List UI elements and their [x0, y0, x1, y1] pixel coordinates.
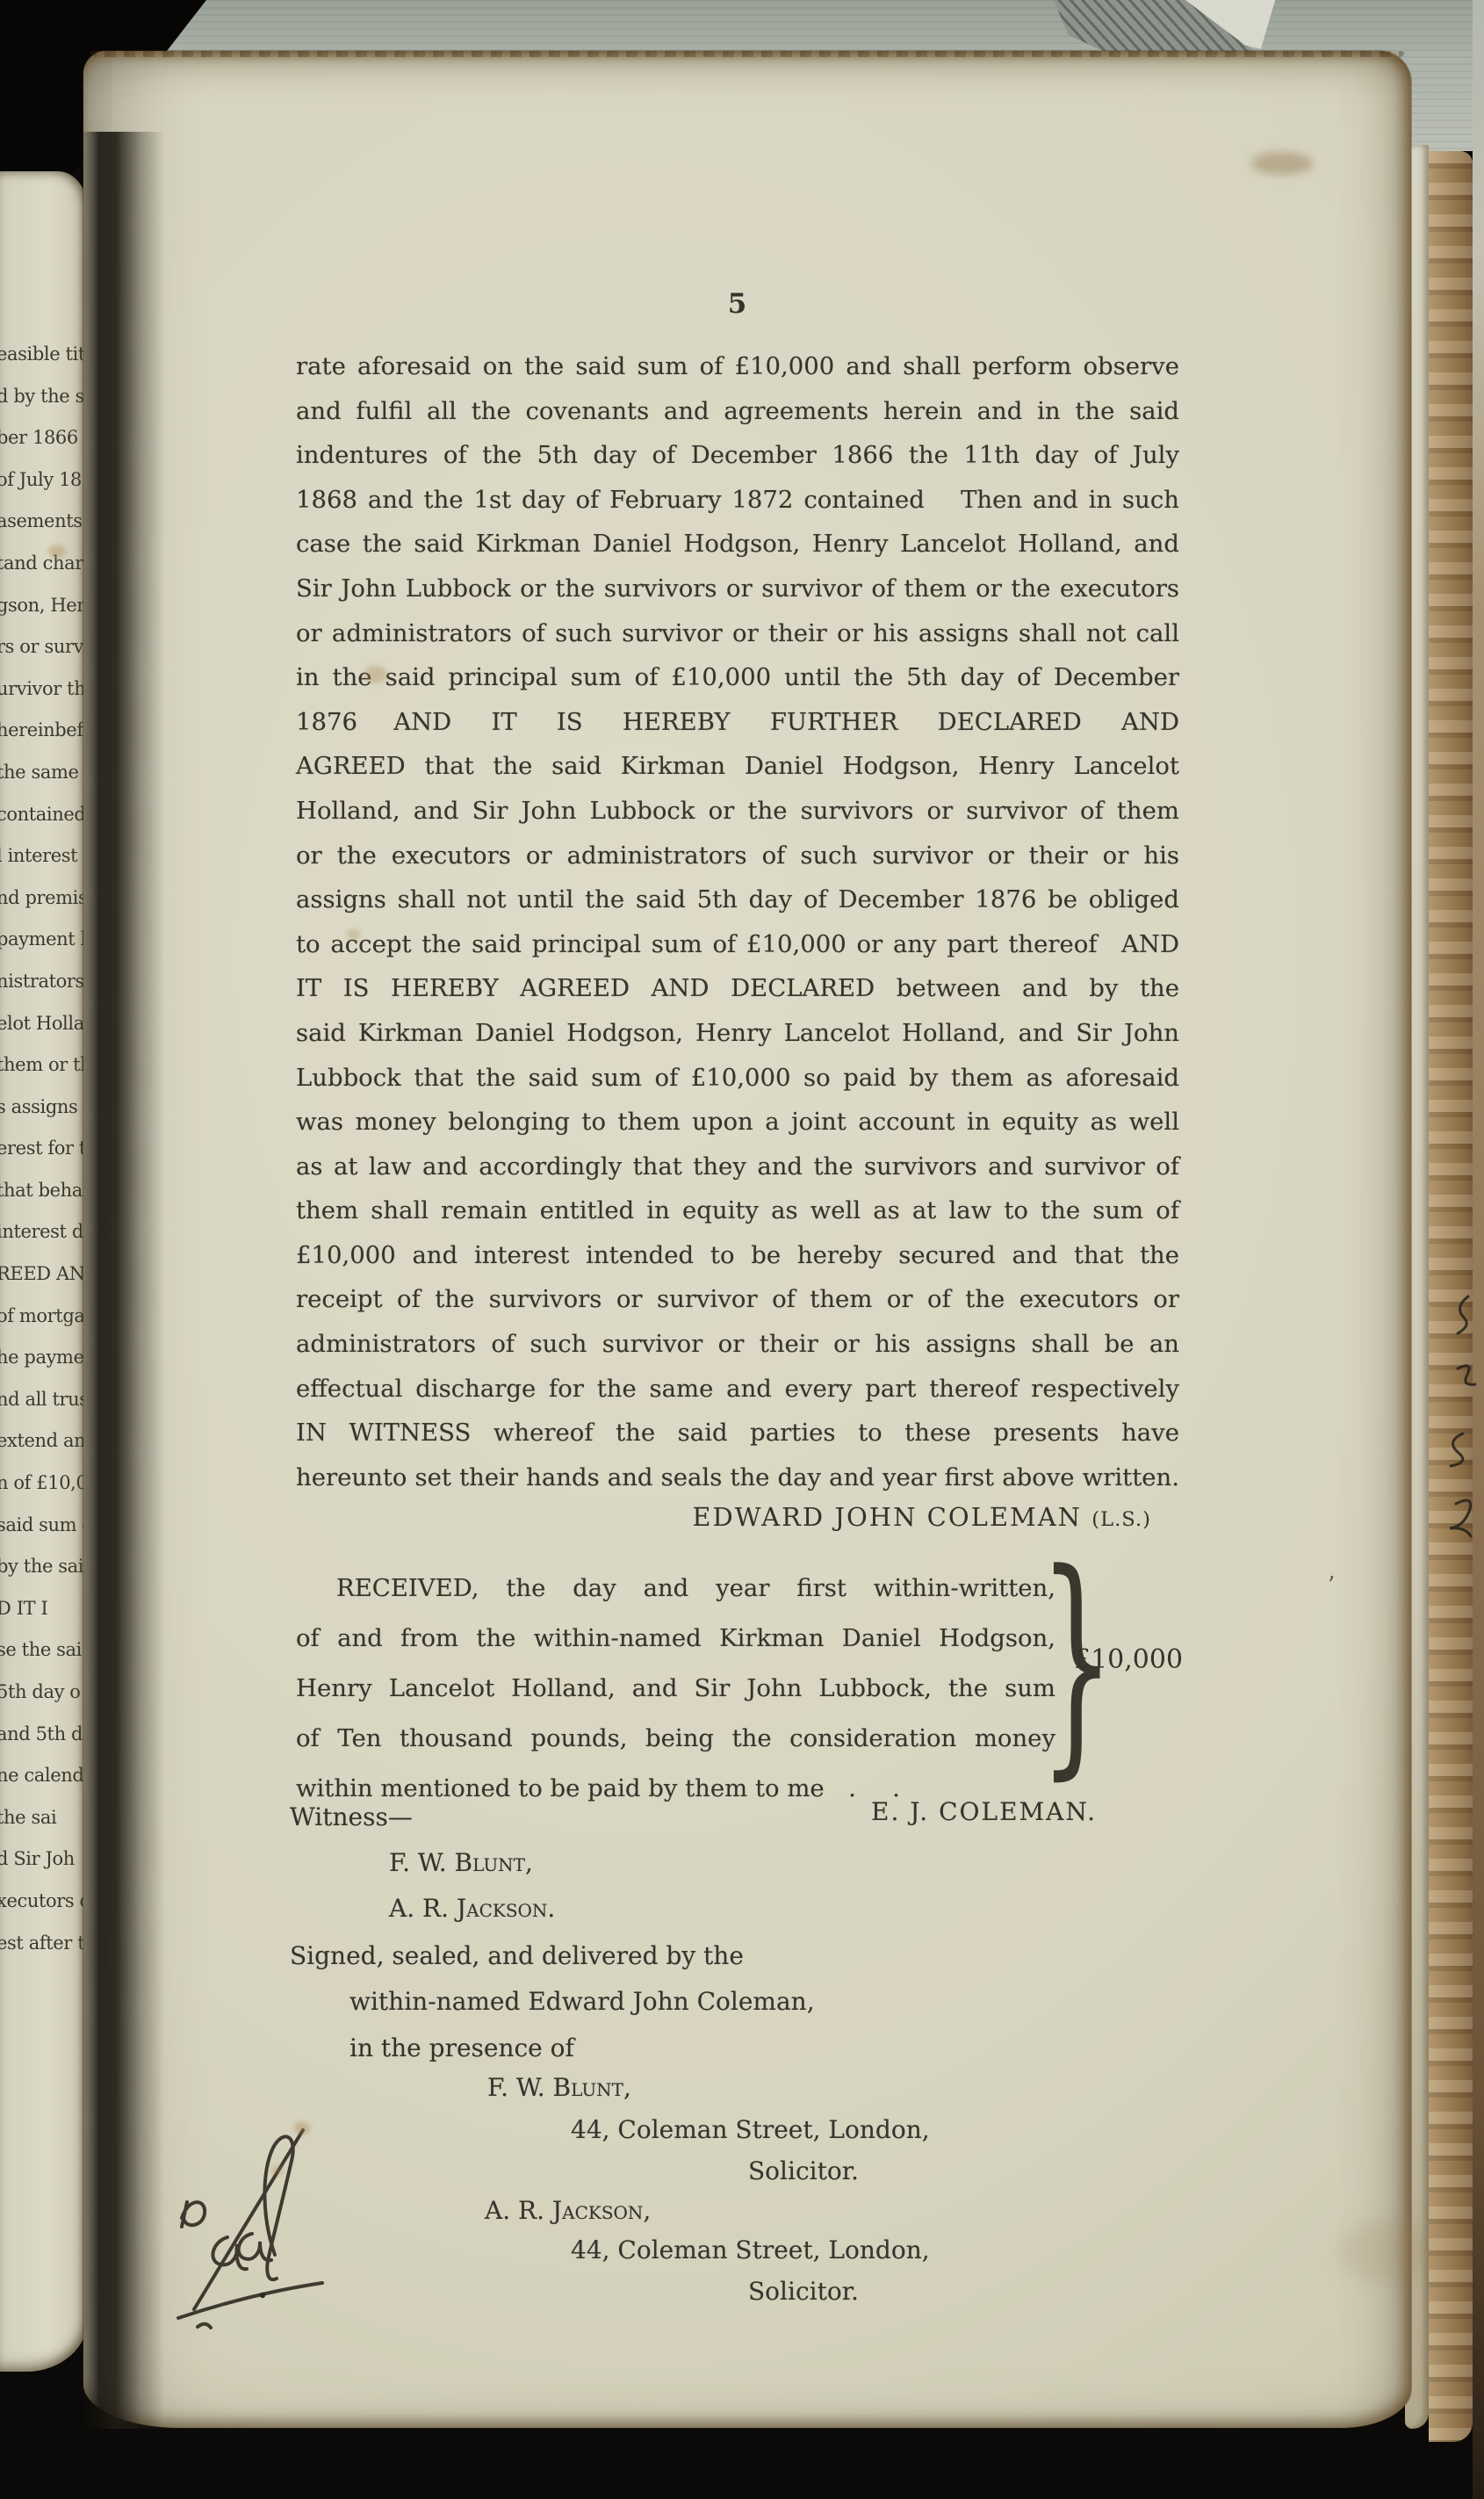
attestation-line-3: in the presence of	[349, 2033, 574, 2062]
deed-body-line: receipt of the survivors or survivor of …	[296, 1277, 1179, 1322]
receipt-line: RECEIVED, the day and year first within-…	[296, 1564, 1055, 1614]
facing-page-line: said sum o	[0, 1505, 95, 1547]
facing-page-line: D IT I	[0, 1588, 95, 1630]
facing-page-line: he paymen	[0, 1337, 95, 1379]
receipt-line: Henry Lancelot Holland, and Sir John Lub…	[296, 1664, 1055, 1714]
attesting-witness-1-role: Solicitor.	[748, 2156, 859, 2185]
deed-body-line: hereunto set their hands and seals the d…	[296, 1455, 1179, 1500]
facing-page-line: rs or surviv	[0, 626, 95, 668]
facing-page-line: ne calenda	[0, 1755, 95, 1797]
receipt-amount: £10,000	[1074, 1644, 1183, 1675]
facing-page-line: s assigns	[0, 1087, 95, 1129]
receipt-brace: }	[1039, 1551, 1065, 1780]
witness-name-2: A. R. Jackson.	[389, 1894, 555, 1923]
receipt-line: of Ten thousand pounds, being the consid…	[296, 1714, 1055, 1764]
deed-body-line: indentures of the 5th day of December 18…	[296, 433, 1179, 478]
facing-page-line: the sai	[0, 1797, 95, 1839]
deed-body-text: rate aforesaid on the said sum of £10,00…	[296, 344, 1179, 1499]
facing-page-line: ber 1866 a	[0, 417, 95, 459]
facing-page-line: gson, Henr	[0, 585, 95, 627]
deed-body-line: was money belonging to them upon a joint…	[296, 1100, 1179, 1145]
deed-body-line: in the said principal sum of £10,000 unt…	[296, 655, 1179, 700]
witness-name-1: F. W. Blunt,	[389, 1848, 533, 1877]
attesting-witness-2-role: Solicitor.	[748, 2277, 859, 2306]
facing-page-line: that behal	[0, 1170, 95, 1212]
facing-page-line: by the sai	[0, 1546, 95, 1588]
facing-page-line: asements an	[0, 501, 95, 543]
deed-body-line: AGREED that the said Kirkman Daniel Hodg…	[296, 744, 1179, 789]
facing-page-line: urvivor the	[0, 668, 95, 711]
witness-label: Witness—	[290, 1802, 413, 1831]
deed-body-line: and fulfil all the covenants and agreeme…	[296, 389, 1179, 434]
stray-ink-tick: ’	[1328, 1572, 1335, 1599]
foxing-spot	[1251, 152, 1313, 175]
deed-body-line: case the said Kirkman Daniel Hodgson, He…	[296, 522, 1179, 567]
deed-body-line: Sir John Lubbock or the survivors or sur…	[296, 567, 1179, 611]
deed-body-line: 1876 AND IT IS HEREBY FURTHER DECLARED A…	[296, 700, 1179, 745]
facing-page-line: nd all trust	[0, 1379, 95, 1421]
facing-page-line: them or th	[0, 1044, 95, 1087]
handwritten-initials-mark	[171, 2121, 334, 2336]
signatory-name: EDWARD JOHN COLEMAN	[692, 1502, 1082, 1532]
facing-page-line: est after th	[0, 1923, 95, 1965]
facing-page-line: d Sir Joh	[0, 1838, 95, 1881]
page-number: 5	[296, 288, 1179, 320]
deed-body-line: or administrators of such survivor or th…	[296, 611, 1179, 656]
facing-page-line: n of £10,00	[0, 1463, 95, 1505]
facing-page-line: payment b	[0, 919, 95, 961]
deed-body-line: £10,000 and interest intended to be here…	[296, 1233, 1179, 1278]
facing-page-line: xecutors o	[0, 1881, 95, 1923]
page-top-edge	[90, 51, 1404, 57]
deed-body-line: administrators of such survivor or their…	[296, 1322, 1179, 1367]
facing-page-line: extend and	[0, 1420, 95, 1463]
deed-body-line: 1868 and the 1st day of February 1872 co…	[296, 478, 1179, 523]
facing-page-line: l interest t	[0, 835, 95, 878]
deed-body-line: assigns shall not until the said 5th day…	[296, 878, 1179, 922]
facing-page-line: easible title	[0, 334, 95, 376]
facing-page-line: contained	[0, 794, 95, 836]
attesting-witness-2-address: 44, Coleman Street, London,	[571, 2235, 930, 2264]
facing-page-line: of July 18	[0, 459, 95, 502]
deed-body-line: Lubbock that the said sum of £10,000 so …	[296, 1056, 1179, 1101]
facing-page-line: of mortgag	[0, 1296, 95, 1338]
facing-page-text: easible titled by the saber 1866 aof Jul…	[0, 334, 95, 1964]
facing-page-line: hereinbefo	[0, 710, 95, 752]
principal-signature: E. J. COLEMAN.	[871, 1797, 1097, 1826]
facing-page-line: nistrators	[0, 961, 95, 1003]
deed-body-line: rate aforesaid on the said sum of £10,00…	[296, 344, 1179, 389]
deed-body-line: IN WITNESS whereof the said parties to t…	[296, 1411, 1179, 1455]
deed-body-line: said Kirkman Daniel Hodgson, Henry Lance…	[296, 1011, 1179, 1056]
facing-page-line: nd premis	[0, 878, 95, 920]
attestation-line-2: within-named Edward John Coleman,	[349, 1987, 815, 2016]
attesting-witness-1-name: F. W. Blunt,	[487, 2073, 631, 2102]
deed-body-line: IT IS HEREBY AGREED AND DECLARED between…	[296, 966, 1179, 1011]
deed-body-line: Holland, and Sir John Lubbock or the sur…	[296, 789, 1179, 834]
facing-page-line: interest du	[0, 1211, 95, 1253]
scanned-book-photo: easible titled by the saber 1866 aof Jul…	[0, 0, 1484, 2499]
attesting-witness-2-name: A. R. Jackson,	[485, 2196, 651, 2225]
facing-page-line: 5th day o	[0, 1672, 95, 1714]
facing-page-line: the same i	[0, 752, 95, 794]
receipt-line: of and from the within-named Kirkman Dan…	[296, 1614, 1055, 1664]
deed-body-line: to accept the said principal sum of £10,…	[296, 922, 1179, 967]
deed-body-line: them shall remain entitled in equity as …	[296, 1188, 1179, 1233]
document-page: 5 rate aforesaid on the said sum of £10,…	[83, 51, 1411, 2428]
facing-page-strip: easible titled by the saber 1866 aof Jul…	[0, 171, 88, 2372]
facing-page-line: tand charge	[0, 543, 95, 585]
facing-page-line: elot Hollan	[0, 1003, 95, 1045]
attesting-witness-1-address: 44, Coleman Street, London,	[571, 2115, 930, 2144]
facing-page-line: se the sai	[0, 1629, 95, 1672]
deed-body-line: as at law and accordingly that they and …	[296, 1145, 1179, 1189]
facing-page-line: and 5th da	[0, 1714, 95, 1756]
fore-edge-ink-marks	[1431, 1282, 1482, 1559]
facing-page-line: d by the sa	[0, 376, 95, 418]
deed-body-line: effectual discharge for the same and eve…	[296, 1367, 1179, 1412]
book-outer-edge	[1473, 0, 1484, 2499]
attestation-line-1: Signed, sealed, and delivered by the	[290, 1941, 744, 1970]
facing-page-line: REED AN	[0, 1253, 95, 1296]
receipt-text: RECEIVED, the day and year first within-…	[296, 1564, 1055, 1814]
deed-body-line: or the executors or administrators of su…	[296, 834, 1179, 878]
facing-page-line: erest for th	[0, 1128, 95, 1170]
